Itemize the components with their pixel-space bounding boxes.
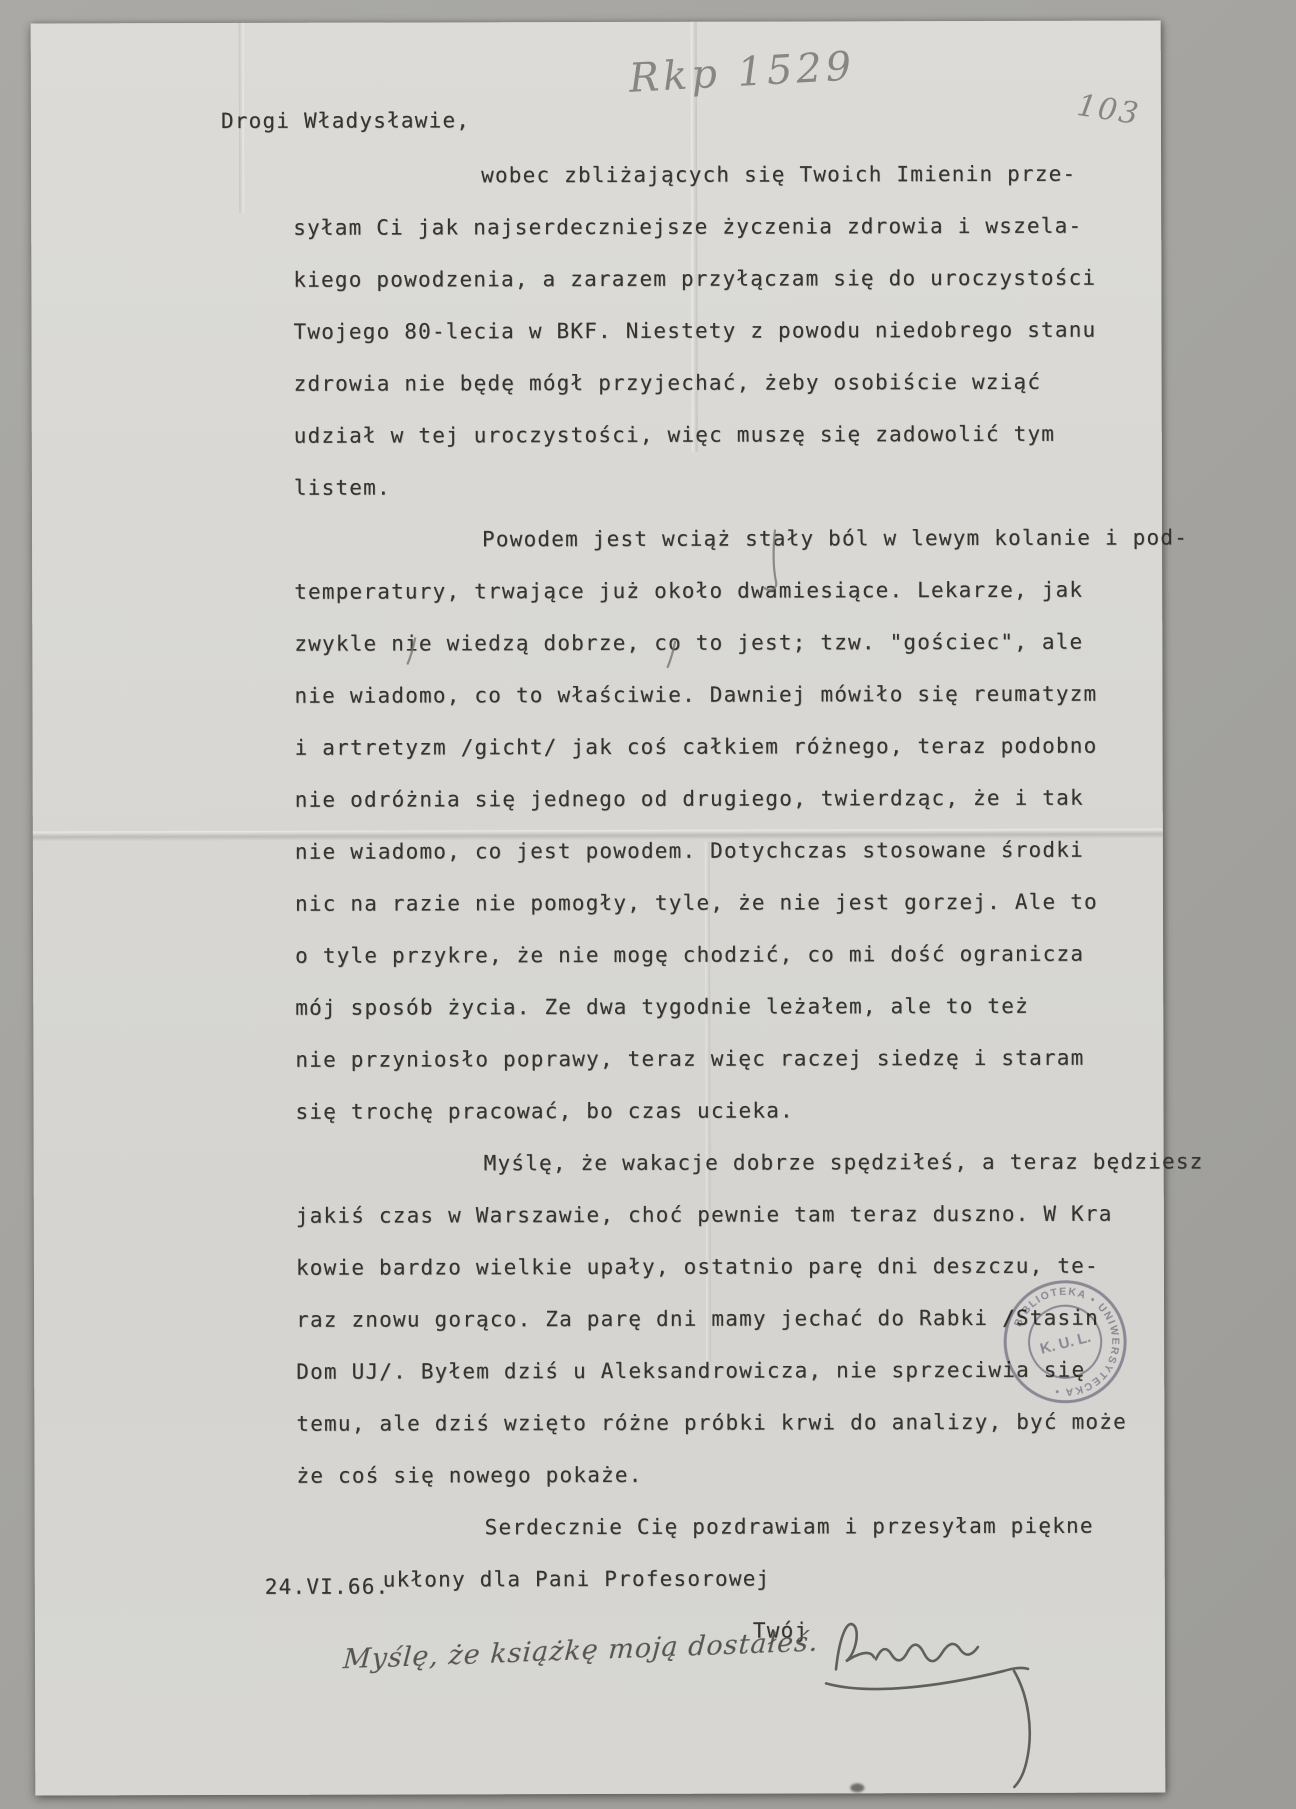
letter-line: temperatury, trwające już około dwamiesi… [32, 564, 1162, 619]
letter-line: udział w tej uroczystości, więc muszę si… [32, 408, 1162, 463]
ink-blot [850, 1783, 864, 1792]
letter-paper: Rkp 1529 103 Drogi Władysławie, wobec zb… [31, 21, 1166, 1796]
letter-line: Myślę, że wakacje dobrze spędziłeś, a te… [34, 1136, 1164, 1191]
letter-line: zwykle nie wiedzą dobrze, co to jest; tz… [32, 616, 1162, 671]
scanned-page: Rkp 1529 103 Drogi Władysławie, wobec zb… [0, 0, 1296, 1809]
letter-line: kowie bardzo wielkie upały, ostatnio par… [34, 1240, 1164, 1295]
letter-date: 24.VI.66. [265, 1575, 390, 1599]
letter-line: jakiś czas w Warszawie, choć pewnie tam … [34, 1188, 1164, 1243]
letter-line-closing: Serdecznie Cię pozdrawiam i przesyłam pi… [35, 1500, 1165, 1555]
letter-line: syłam Ci jak najserdeczniejsze życzenia … [31, 200, 1161, 255]
letter-line: Twojego 80-lecia w BKF. Niestety z powod… [31, 304, 1161, 359]
letter-line: mój sposób życia. Ze dwa tygodnie leżałe… [33, 980, 1163, 1035]
pencil-comma-mark [404, 634, 420, 668]
letter-line: temu, ale dziś wzięto różne próbki krwi … [34, 1396, 1164, 1451]
signature-handwriting [818, 1591, 1059, 1802]
letter-line: o tyle przykre, że nie mogę chodzić, co … [33, 928, 1163, 983]
letter-line: listem. [32, 460, 1162, 515]
letter-line: nie odróżnia się jednego od drugiego, tw… [33, 772, 1163, 827]
letter-line: nie przyniosło poprawy, teraz więc racze… [33, 1032, 1163, 1087]
stamp-center-text: K. U. L. [1038, 1329, 1092, 1358]
salutation: Drogi Władysławie, [221, 108, 470, 133]
letter-line: nic na razie nie pomogły, tyle, że nie j… [33, 876, 1163, 931]
letter-line: kiego powodzenia, a zarazem przyłączam s… [31, 252, 1161, 307]
letter-line: że coś się nowego pokaże. [34, 1448, 1164, 1503]
pencil-comma-mark [664, 638, 680, 672]
letter-line: wobec zbliżających się Twoich Imienin pr… [31, 148, 1161, 203]
letter-line: zdrowia nie będę mógł przyjechać, żeby o… [32, 356, 1162, 411]
pencil-insertion-caret [761, 527, 787, 599]
letter-line: nie wiadomo, co jest powodem. Dotychczas… [33, 824, 1163, 879]
letter-body: wobec zbliżających się Twoich Imienin pr… [31, 148, 1165, 1659]
catalog-mark-handwritten: Rkp 1529 [628, 43, 857, 101]
letter-line: nie wiadomo, co to właściwie. Dawniej mó… [32, 668, 1162, 723]
page-number-handwritten: 103 [1075, 88, 1143, 132]
letter-line: się trochę pracować, bo czas ucieka. [33, 1084, 1163, 1139]
letter-line: raz znowu gorąco. Za parę dni mamy jecha… [34, 1292, 1164, 1347]
letter-line: i artretyzm /gicht/ jak coś całkiem różn… [33, 720, 1163, 775]
letter-line: Powodem jest wciąż stały ból w lewym kol… [32, 512, 1162, 567]
